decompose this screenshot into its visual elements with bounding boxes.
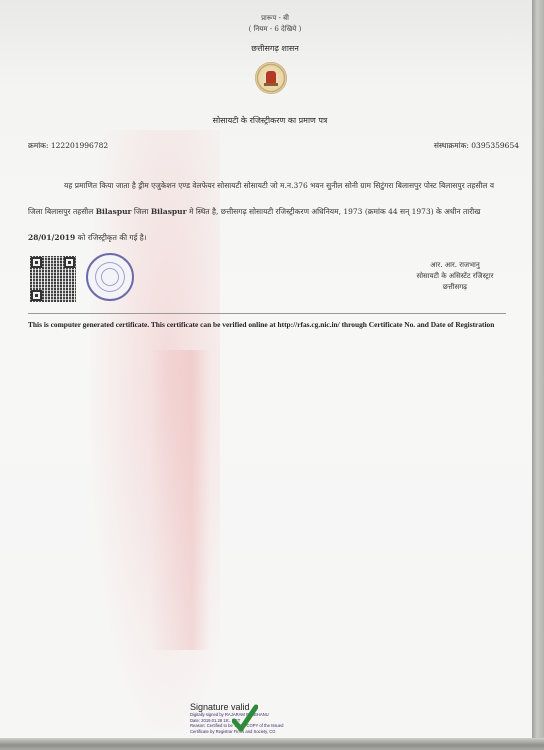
society-number: संस्थाक्रमांक: 0395359654 [434, 141, 519, 151]
signature-detail-line: Certificate by Registrar Firms and Socie… [190, 729, 320, 735]
government-heading: छत्तीसगढ़ शासन [200, 43, 350, 54]
registrar-seal-icon [86, 253, 134, 301]
registration-date: 28/01/2019 [28, 233, 75, 242]
society-number-label: संस्थाक्रमांक: [434, 141, 469, 150]
certificate-title: सोसायटी के रजिस्ट्रीकरण का प्रमाण पत्र [120, 115, 420, 126]
form-title: प्रारूप - बी [200, 14, 350, 23]
tehsil-name: Bilaspur [96, 207, 132, 216]
registration-number-label: क्रमांक: [28, 141, 48, 150]
scan-edge-bottom [0, 738, 544, 750]
signatory-block: आर. आर. राजभानु सोसायटी के असिस्टेंट रजि… [400, 260, 510, 293]
signatory-name: आर. आर. राजभानु [400, 260, 510, 271]
body-line-3-suffix: को रजिस्ट्रीकृत की गई है। [78, 233, 147, 242]
state-emblem-icon [255, 62, 287, 94]
qr-finder-top-right [64, 257, 75, 268]
district-label: जिला [134, 207, 149, 216]
divider [28, 313, 506, 314]
certificate-page: प्रारूप - बी ( नियम - 6 देखिये ) छत्तीसग… [0, 0, 532, 738]
qr-finder-bottom-left [31, 290, 42, 301]
paper-stain-streak [150, 350, 210, 650]
qr-finder-top-left [31, 257, 42, 268]
registration-number-value: 122201996782 [51, 141, 108, 150]
district-name: Bilaspur [151, 207, 187, 216]
body-line-1: यह प्रमाणित किया जाता है ड्रीम एजुकेशन ए… [64, 181, 465, 190]
verification-note: This is computer generated certificate. … [28, 319, 512, 330]
signatory-state: छत्तीसगढ़ [400, 282, 510, 293]
form-rule: ( नियम - 6 देखिये ) [200, 25, 350, 34]
signatory-designation: सोसायटी के असिस्टेंट रजिस्ट्रार [400, 271, 510, 282]
society-number-value: 0395359654 [471, 141, 519, 150]
registration-number: क्रमांक: 122201996782 [28, 141, 108, 151]
body-line-2-suffix: मे स्थित है, छत्तीसगढ़ सोसायटी रजिस्ट्री… [189, 207, 480, 216]
digital-signature: Signature valid Digitally signed by RAJA… [190, 702, 320, 734]
signature-status: Signature valid [190, 702, 320, 712]
certificate-body: यह प्रमाणित किया जाता है ड्रीम एजुकेशन ए… [28, 173, 506, 251]
scan-edge-right [532, 0, 544, 750]
qr-code-icon [30, 256, 76, 302]
emblem-base [264, 83, 278, 86]
